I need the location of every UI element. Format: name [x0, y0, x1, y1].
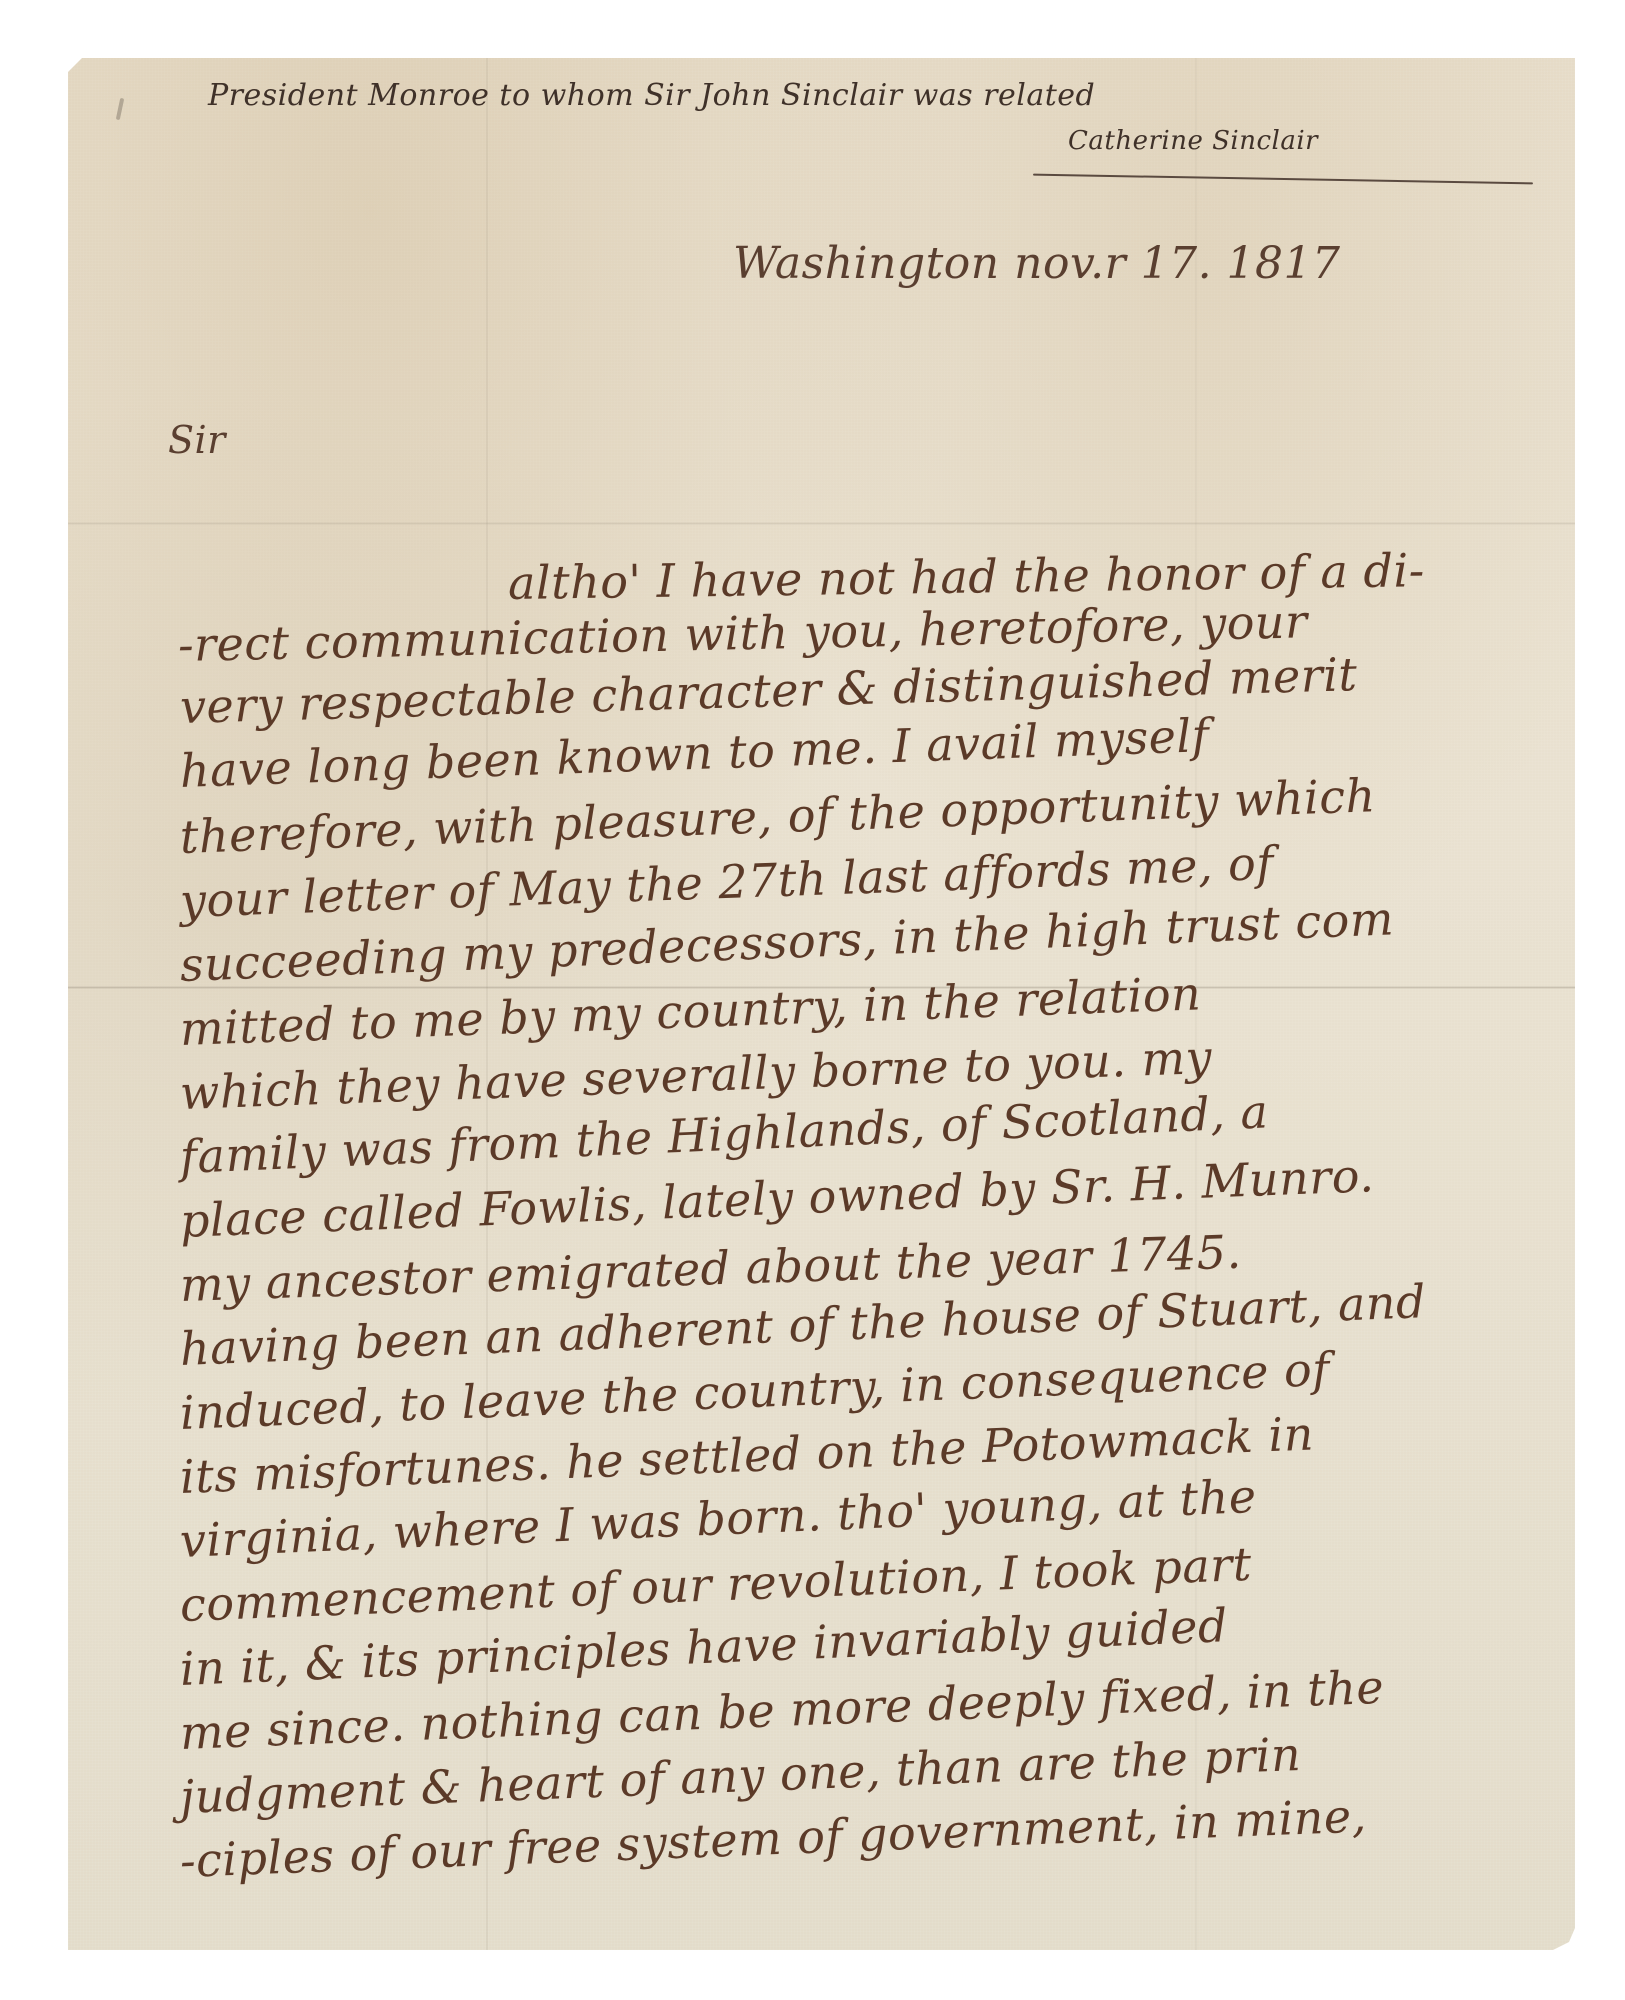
fold-line-upper: [68, 522, 1575, 525]
annotation-line-1: President Monroe to whom Sir John Sincla…: [208, 78, 1095, 113]
annotation-signature: Catherine Sinclair: [1068, 126, 1318, 156]
letter-page: President Monroe to whom Sir John Sincla…: [68, 58, 1575, 1950]
pencil-mark: [116, 98, 124, 120]
salutation: Sir: [168, 418, 226, 462]
annotation-underline: [1033, 174, 1533, 185]
dateline: Washington nov.r 17. 1817: [733, 238, 1341, 289]
